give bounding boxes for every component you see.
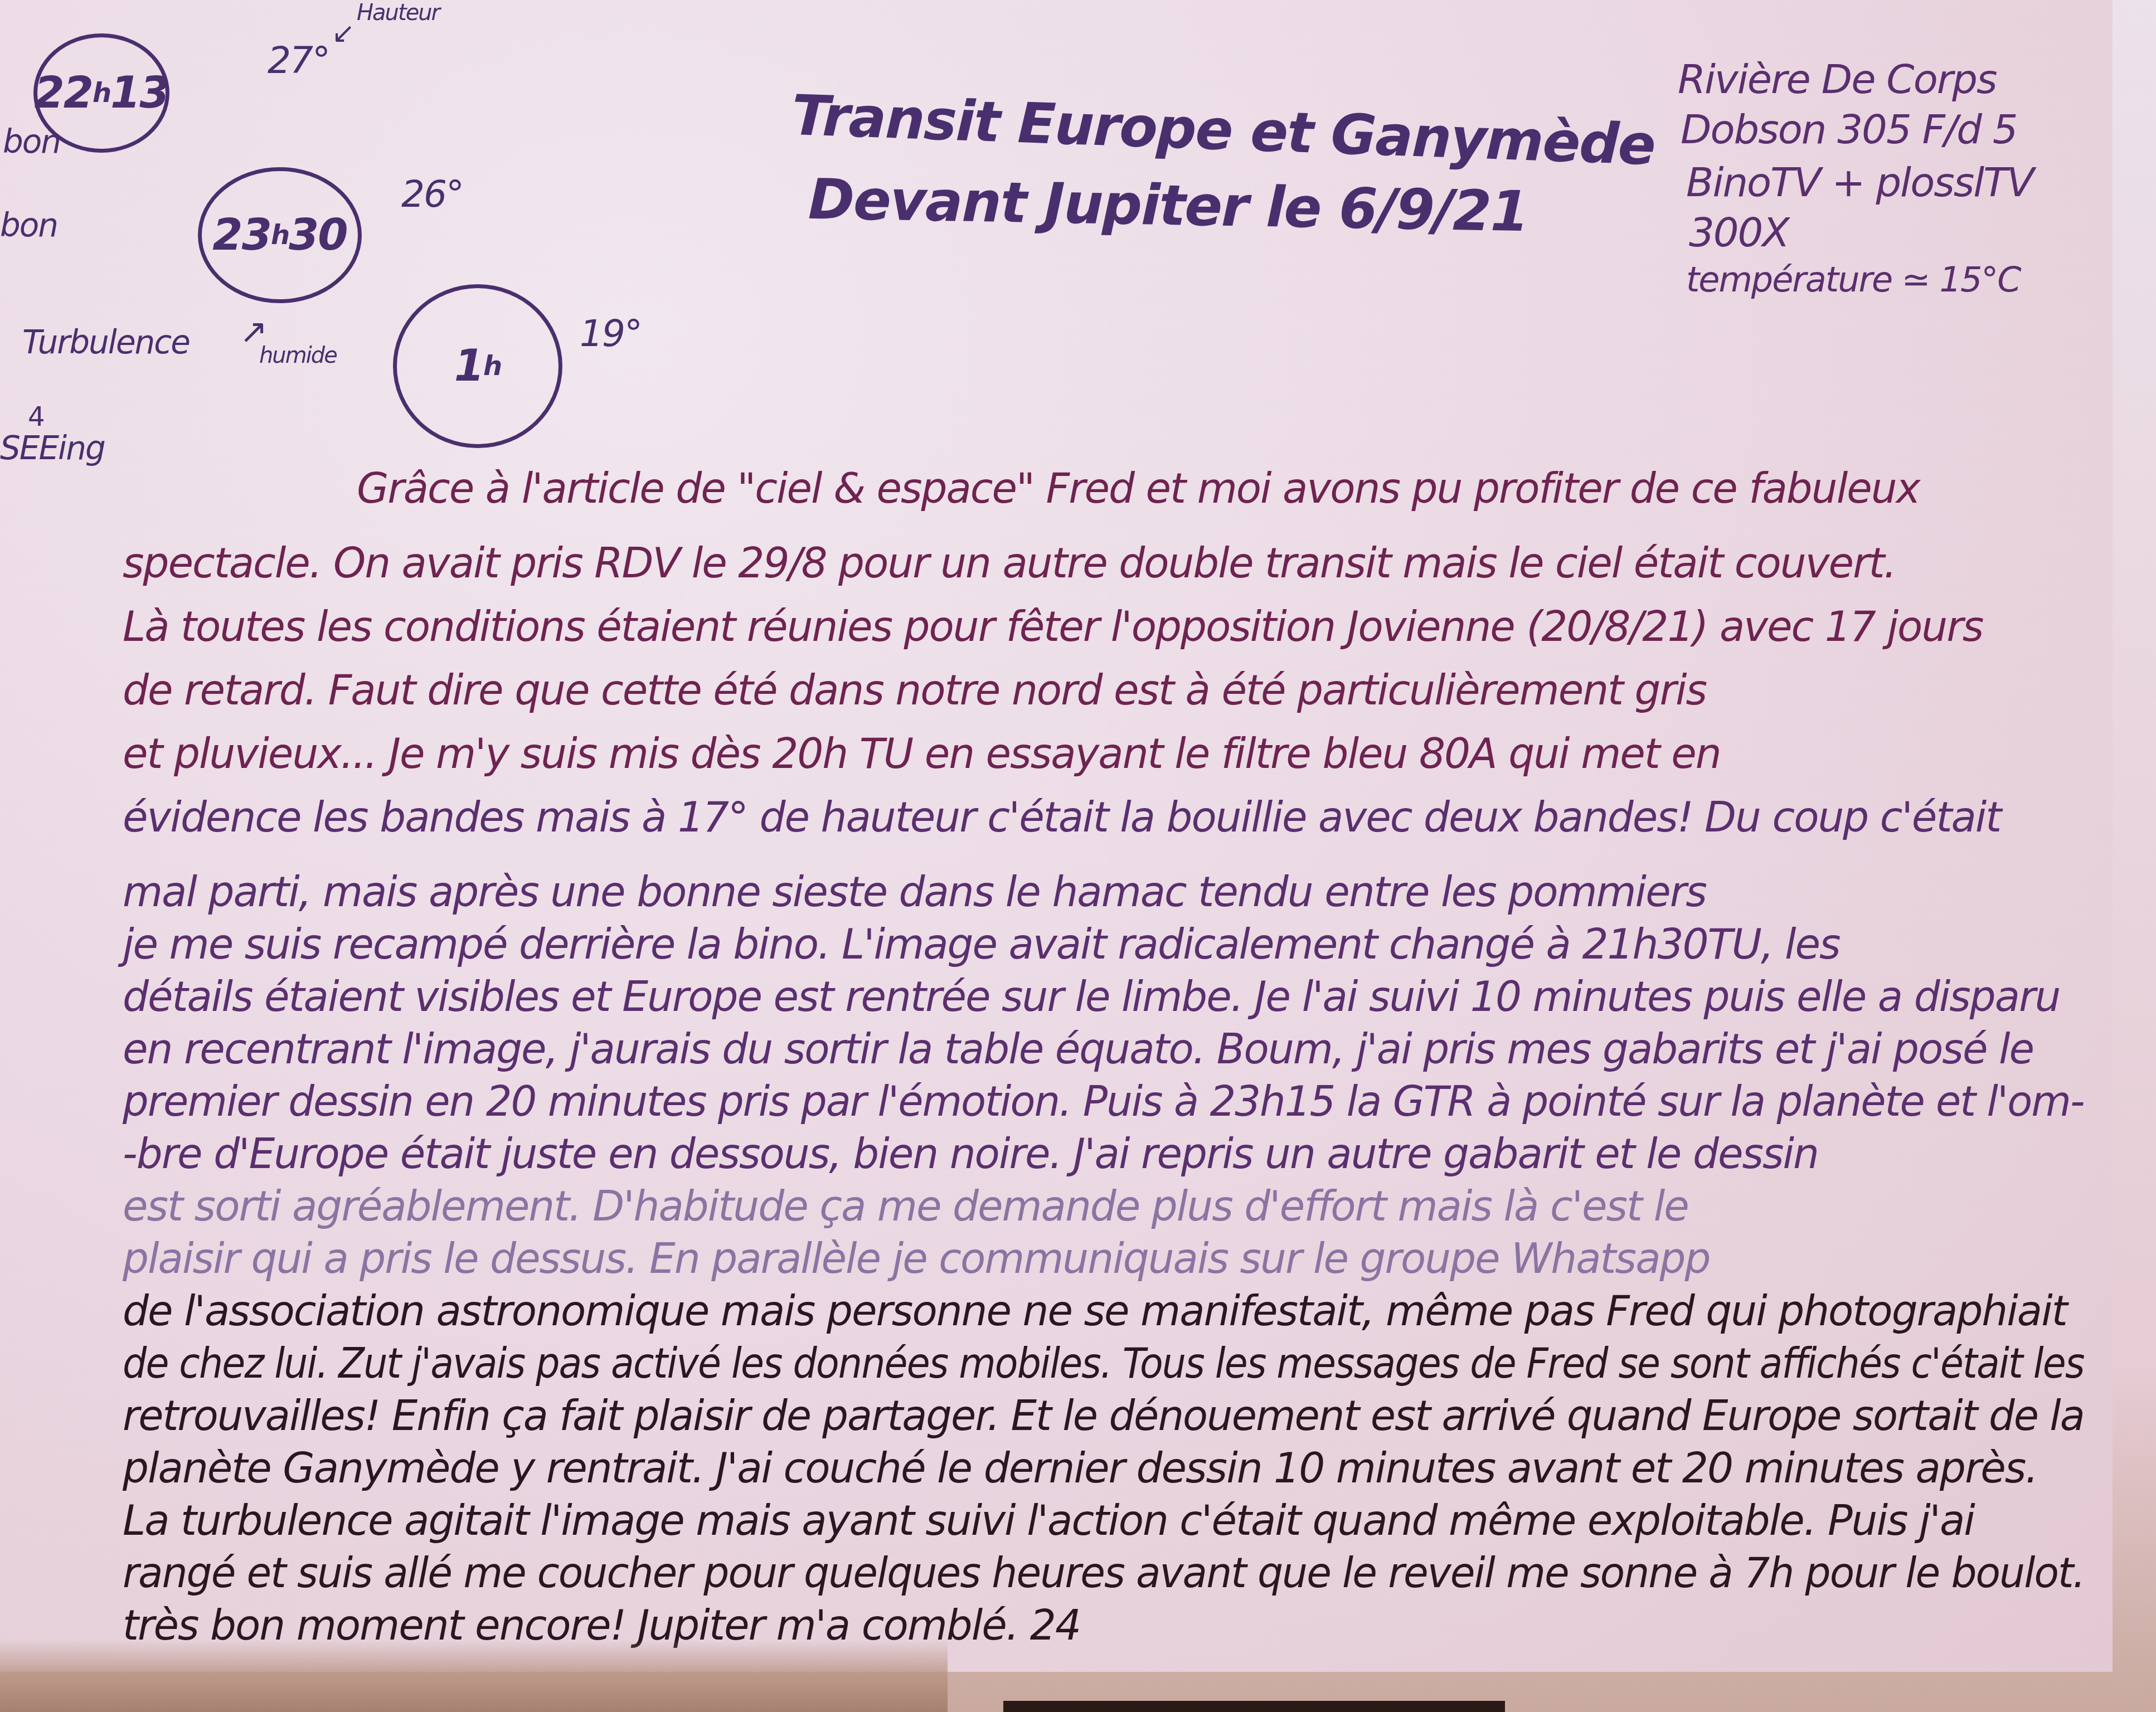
body-line: -bre d'Europe était juste en dessous, bi… <box>123 1128 2085 1180</box>
body-line: de chez lui. Zut j'avais pas activé les … <box>123 1337 2085 1390</box>
body-line: retrouvailles! Enfin ça fait plaisir de … <box>123 1390 2085 1442</box>
seeing-label: SEEing <box>0 429 105 467</box>
body-line: Grâce à l'article de "ciel & espace" Fre… <box>123 463 2085 515</box>
turbulence-label: Turbulence <box>22 323 190 361</box>
body-line: détails étaient visibles et Europe est r… <box>123 971 2085 1023</box>
time-minute: 13 <box>110 68 169 118</box>
body-line: spectacle. On avait pris RDV le 29/8 pou… <box>123 537 2085 590</box>
body-line: en recentrant l'image, j'aurais du sorti… <box>123 1023 2085 1076</box>
body-line: rangé et suis allé me coucher pour quelq… <box>123 1547 2085 1599</box>
title-line-1: Transit Europe et Ganymède <box>790 82 1655 178</box>
body-line: planète Ganymède y rentrait. J'ai couché… <box>123 1442 2085 1495</box>
time-circle-3: 1h <box>393 284 562 448</box>
journal-body: Grâce à l'article de "ciel & espace" Fre… <box>123 463 2085 1652</box>
body-line: premier dessin en 20 minutes pris par l'… <box>123 1076 2085 1128</box>
body-line: Là toutes les conditions étaient réunies… <box>123 601 2085 653</box>
seeing-rating: bon <box>3 123 60 160</box>
body-line: évidence les bandes mais à 17° de hauteu… <box>123 791 2085 844</box>
title-line-2: Devant Jupiter le 6/9/21 <box>808 167 1528 245</box>
handwritten-page: 22h13 27° Hauteur ↙ bon 23h30 26° bon 1h… <box>0 0 2113 1672</box>
magnification: 300X <box>1689 209 1789 256</box>
seeing-rating: bon <box>0 206 57 244</box>
time-hour: 22 <box>34 68 93 118</box>
time-circle-2: 23h30 <box>198 167 362 303</box>
eyepieces: BinoTV + plosslTV <box>1686 159 2033 206</box>
altitude-label: Hauteur <box>357 0 439 26</box>
body-line: est sorti agréablement. D'habitude ça me… <box>123 1180 2085 1233</box>
telescope: Dobson 305 F/d 5 <box>1681 106 2017 153</box>
body-line: plaisir qui a pris le dessus. En parallè… <box>123 1233 2085 1285</box>
body-line: je me suis recampé derrière la bino. L'i… <box>123 918 2085 971</box>
page-shadow <box>0 1640 948 1712</box>
time-minute: 30 <box>289 210 347 260</box>
body-line: et pluvieux... Je m'y suis mis dès 20h T… <box>123 728 2085 780</box>
location: Rivière De Corps <box>1678 56 1997 103</box>
body-line: La turbulence agitait l'image mais ayant… <box>123 1495 2085 1547</box>
time-hour: 1 <box>454 341 483 391</box>
altitude-value: 27° <box>268 39 329 82</box>
time-hour: 23 <box>212 210 271 260</box>
table-edge <box>1003 1701 1505 1712</box>
temperature: température ≃ 15°C <box>1686 259 2021 300</box>
arrow-icon: ↙ <box>332 17 355 49</box>
body-line: de l'association astronomique mais perso… <box>123 1285 2085 1337</box>
body-line: mal parti, mais après une bonne sieste d… <box>123 866 2085 918</box>
seeing-value: 4 <box>28 401 45 432</box>
altitude-value: 19° <box>580 312 642 355</box>
body-line: de retard. Faut dire que cette été dans … <box>123 664 2085 717</box>
humidity-note: humide <box>259 343 337 368</box>
altitude-value: 26° <box>401 173 463 216</box>
